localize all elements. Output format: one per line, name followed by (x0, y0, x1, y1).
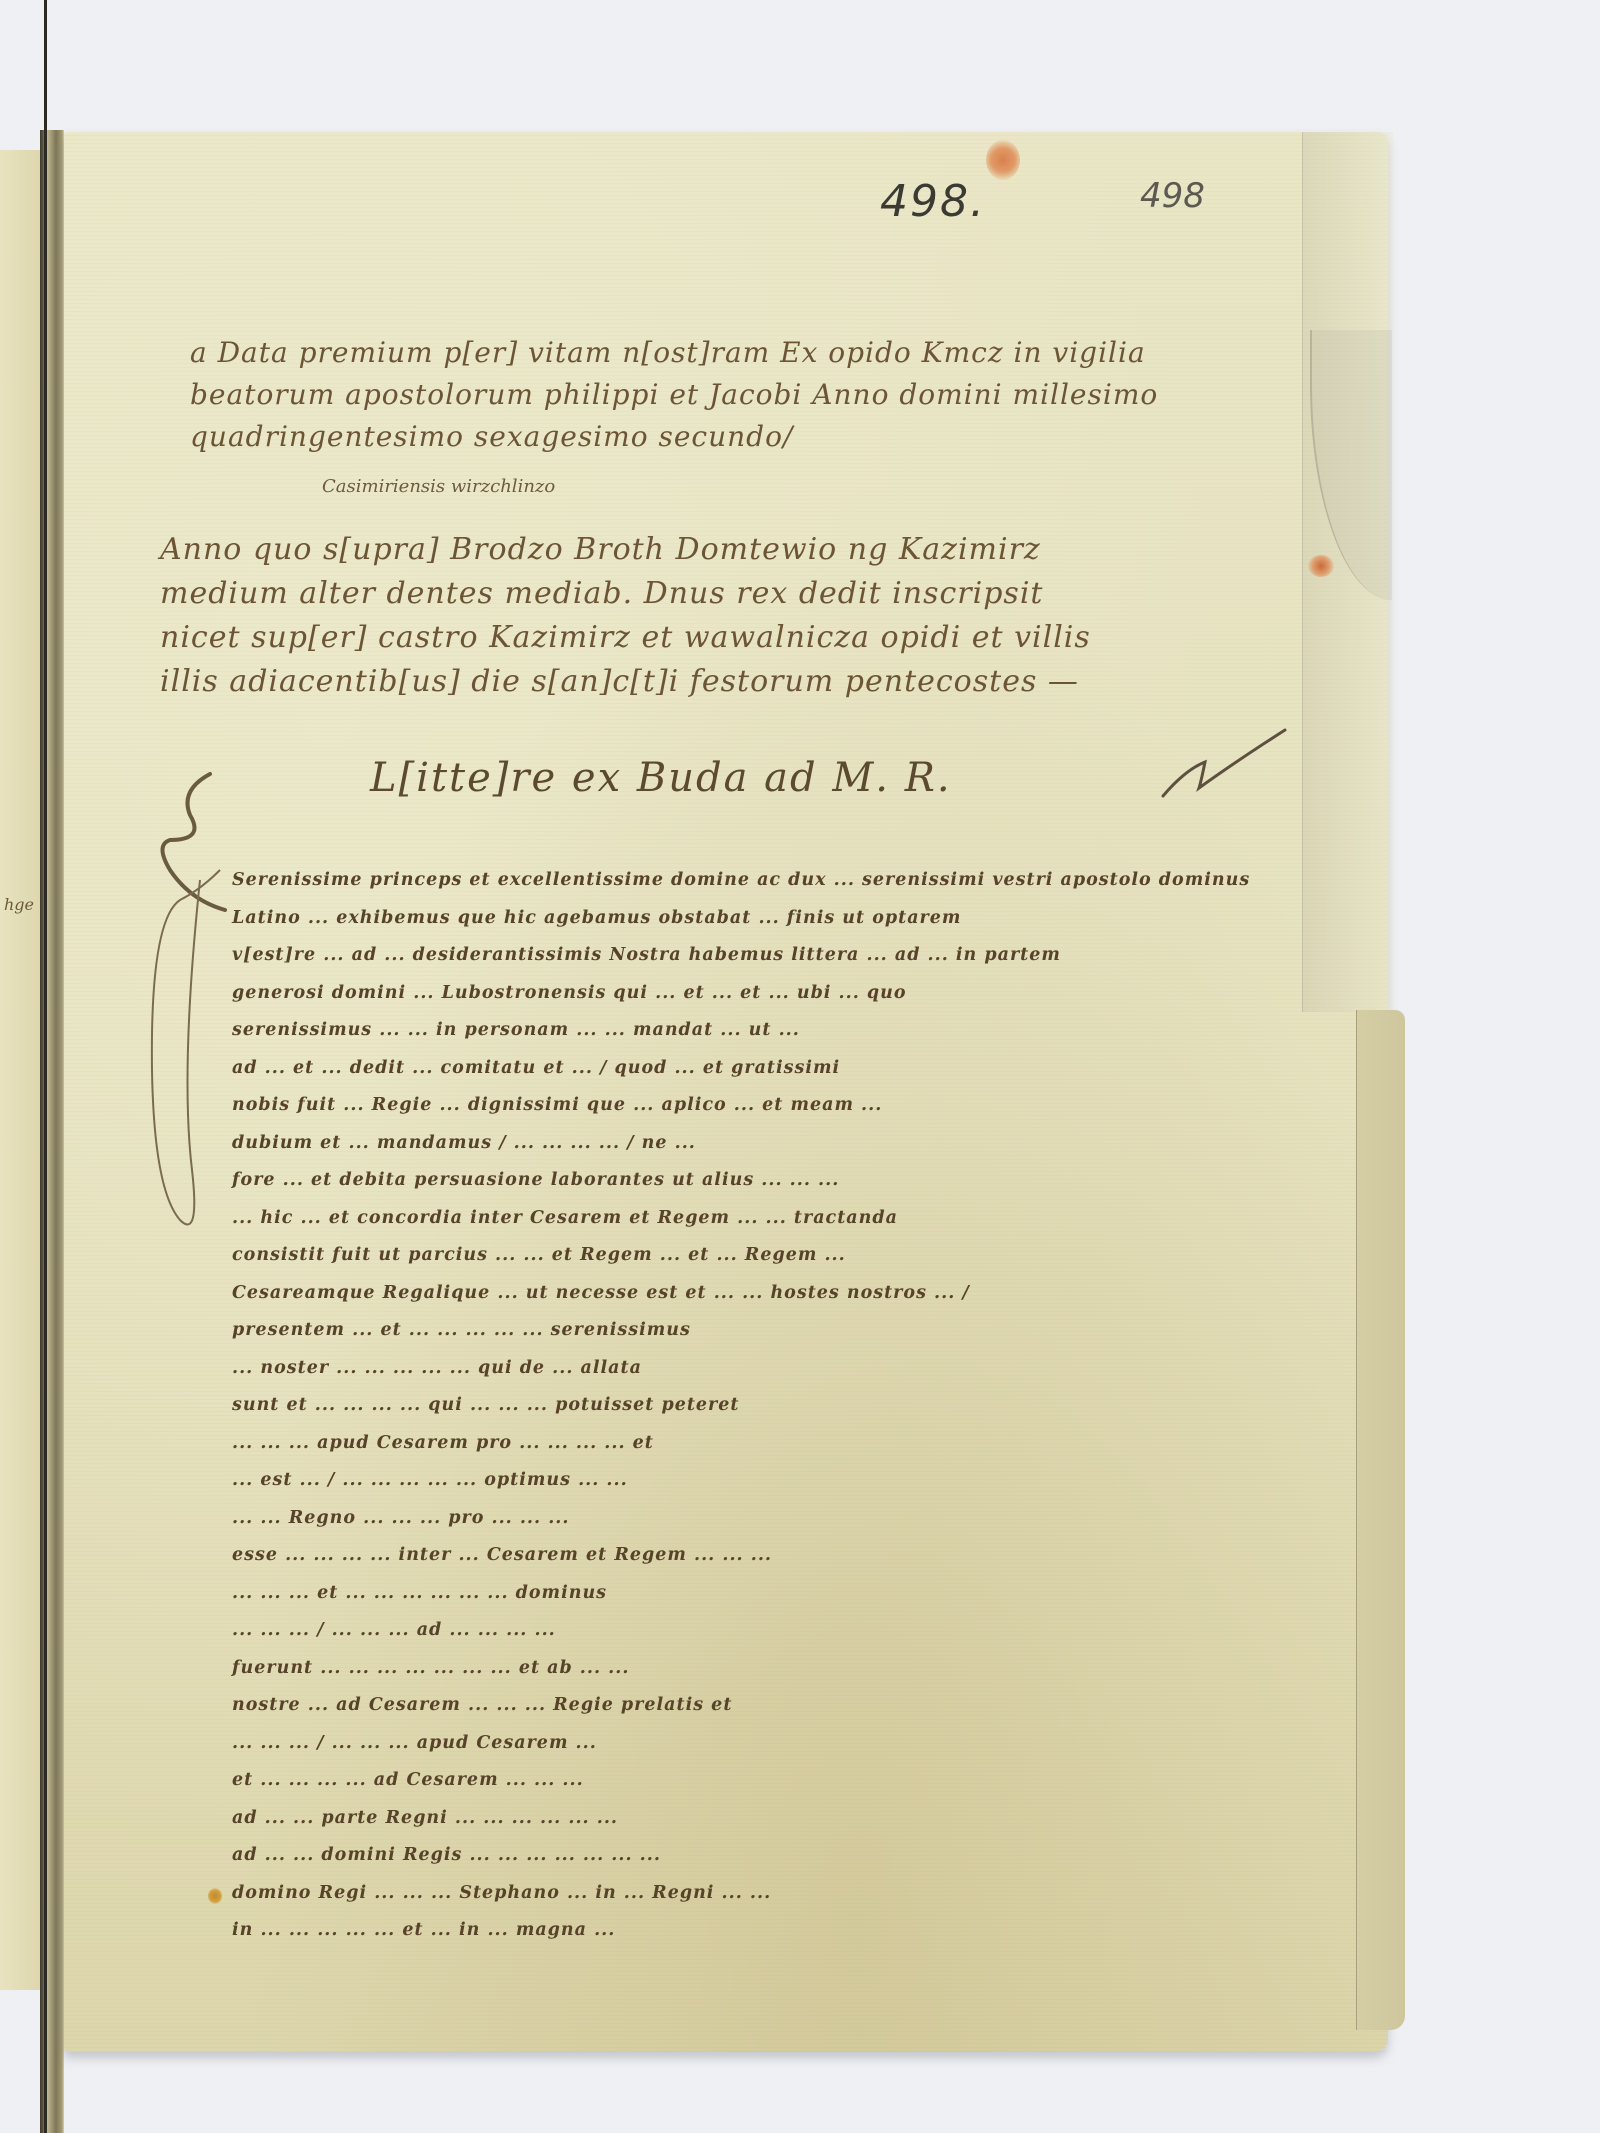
text-line: ... ... ... / ... ... ... apud Cesarem .… (232, 1725, 1250, 1763)
text-line: Anno quo s[upra] Brodzo Broth Domtewio n… (160, 528, 1091, 572)
text-line: serenissimus ... ... in personam ... ...… (232, 1012, 1250, 1050)
text-line: nostre ... ad Cesarem ... ... ... Regie … (232, 1687, 1250, 1725)
text-line: ... hic ... et concordia inter Cesarem e… (232, 1200, 1250, 1238)
check-mark-icon (1155, 722, 1295, 802)
text-line: Latino ... exhibemus que hic agebamus ob… (232, 900, 1250, 938)
text-line: beatorum apostolorum philippi et Jacobi … (190, 374, 1158, 416)
text-line: presentem ... et ... ... ... ... ... ser… (232, 1312, 1250, 1350)
grant-note-paragraph: Anno quo s[upra] Brodzo Broth Domtewio n… (160, 528, 1091, 704)
text-line: ... ... ... / ... ... ... ad ... ... ...… (232, 1612, 1250, 1650)
letter-heading: L[itte]re ex Buda ad M. R. (370, 755, 952, 801)
text-line: fore ... et debita persuasione laborante… (232, 1162, 1250, 1200)
folio-number-primary: 498. (880, 176, 986, 227)
text-line: sunt et ... ... ... ... qui ... ... ... … (232, 1387, 1250, 1425)
right-edge-repair-strip (1356, 1010, 1405, 2030)
text-line: v[est]re ... ad ... desiderantissimis No… (232, 937, 1250, 975)
text-line: ... noster ... ... ... ... ... qui de ..… (232, 1350, 1250, 1388)
text-line: Serenissime princeps et excellentissime … (232, 862, 1250, 900)
text-line: ad ... et ... dedit ... comitatu et ... … (232, 1050, 1250, 1088)
text-line: in ... ... ... ... ... et ... in ... mag… (232, 1912, 1250, 1950)
left-page-margin-note: hge (4, 895, 34, 914)
text-line: illis adiacentib[us] die s[an]c[t]i fest… (160, 660, 1091, 704)
text-line: Cesareamque Regalique ... ut necesse est… (232, 1275, 1250, 1313)
text-line: ad ... ... domini Regis ... ... ... ... … (232, 1837, 1250, 1875)
text-line: nobis fuit ... Regie ... dignissimi que … (232, 1087, 1250, 1125)
folio-number-secondary: 498 (1140, 176, 1205, 216)
text-line: quadringentesimo sexagesimo secundo/ (190, 416, 1158, 458)
text-line: ... ... ... apud Cesarem pro ... ... ...… (232, 1425, 1250, 1463)
text-line: ... ... Regno ... ... ... pro ... ... ..… (232, 1500, 1250, 1538)
wax-stain-top (986, 140, 1020, 180)
text-line: ad ... ... parte Regni ... ... ... ... .… (232, 1800, 1250, 1838)
text-line: ... ... ... et ... ... ... ... ... ... d… (232, 1575, 1250, 1613)
dating-paragraph: a Data premium p[er] vitam n[ost]ram Ex … (190, 332, 1158, 458)
text-line: esse ... ... ... ... inter ... Cesarem e… (232, 1537, 1250, 1575)
text-line: dubium et ... mandamus / ... ... ... ...… (232, 1125, 1250, 1163)
interlinear-gloss: Casimiriensis wirzchlinzo (322, 476, 555, 497)
gutter-shadow-line (44, 0, 47, 2133)
text-line: medium alter dentes mediab. Dnus rex ded… (160, 572, 1091, 616)
decorated-initial-s-icon (130, 770, 240, 1240)
text-line: nicet sup[er] castro Kazimirz et wawalni… (160, 616, 1091, 660)
stain-bottom-left (208, 1888, 222, 1904)
text-line: ... est ... / ... ... ... ... ... optimu… (232, 1462, 1250, 1500)
stain-right (1308, 555, 1334, 577)
text-line: generosi domini ... Lubostronensis qui .… (232, 975, 1250, 1013)
text-line: et ... ... ... ... ad Cesarem ... ... ..… (232, 1762, 1250, 1800)
text-line: consistit fuit ut parcius ... ... et Reg… (232, 1237, 1250, 1275)
text-line: fuerunt ... ... ... ... ... ... ... et a… (232, 1650, 1250, 1688)
adjacent-left-page: hge (0, 150, 42, 1990)
letter-body: Serenissime princeps et excellentissime … (232, 862, 1250, 1950)
text-line: a Data premium p[er] vitam n[ost]ram Ex … (190, 332, 1158, 374)
text-line: domino Regi ... ... ... Stephano ... in … (232, 1875, 1250, 1913)
